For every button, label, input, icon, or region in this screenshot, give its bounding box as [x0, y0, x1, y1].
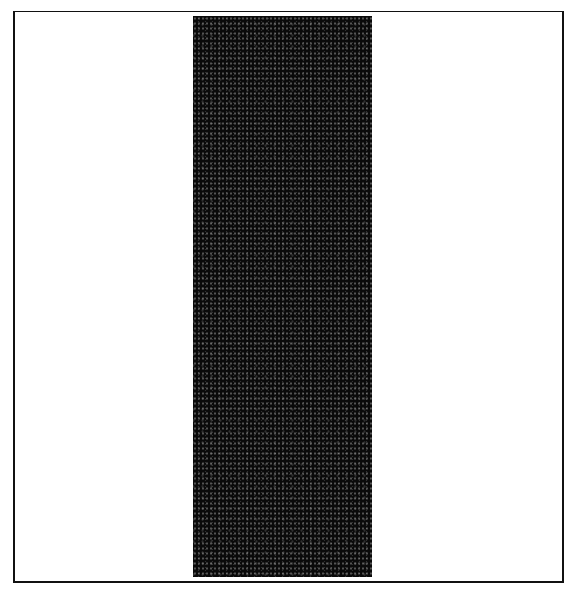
- black-rectangle: [193, 16, 372, 577]
